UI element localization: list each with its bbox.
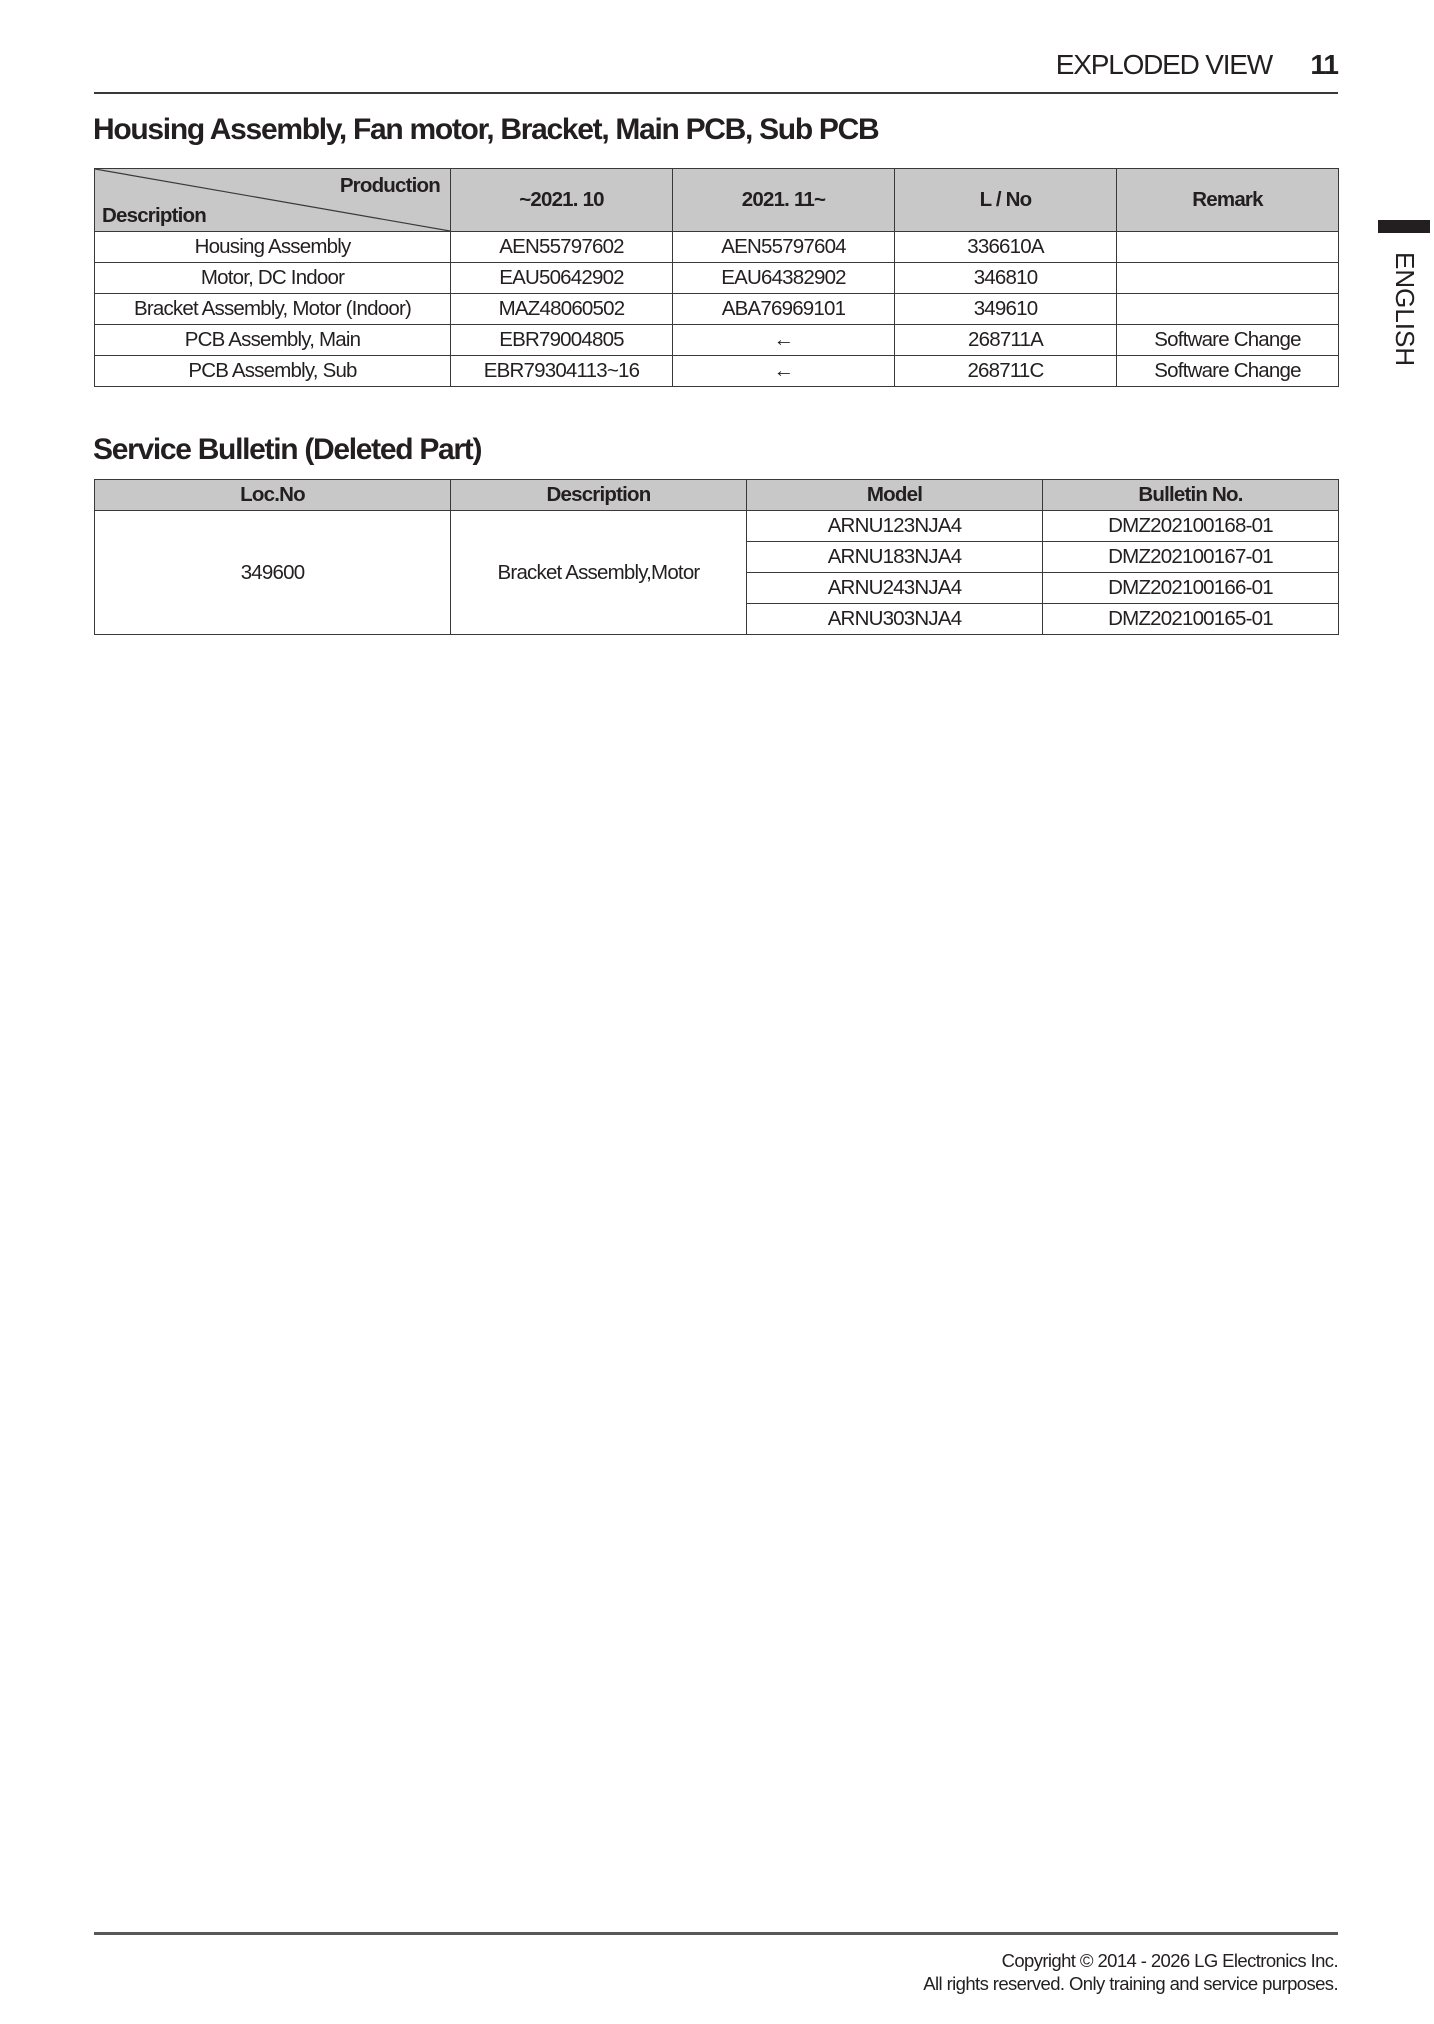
rights-text: All rights reserved. Only training and s… [923,1973,1338,1995]
description-cell: Motor, DC Indoor [95,263,451,294]
description-label: Description [102,204,206,228]
loc-no-cell: 349600 [95,511,451,635]
parts-table: Production Description ~2021. 10 2021. 1… [94,168,1339,387]
parts-table-header-row: Production Description ~2021. 10 2021. 1… [95,169,1339,232]
column-header-remark: Remark [1117,169,1339,232]
bulletin-no-cell: DMZ202100165-01 [1043,604,1339,635]
corner-header-cell: Production Description [95,169,451,232]
table-row: Motor, DC IndoorEAU50642902EAU6438290234… [95,263,1339,294]
part-after-cell: ← [673,325,895,356]
description-cell: Bracket Assembly,Motor [451,511,747,635]
page-number: 11 [1310,48,1338,82]
model-cell: ARNU123NJA4 [747,511,1043,542]
remark-cell [1117,263,1339,294]
footer-divider [94,1932,1338,1935]
lno-cell: 268711C [895,356,1117,387]
description-cell: PCB Assembly, Main [95,325,451,356]
production-label: Production [340,174,440,198]
column-header-before: ~2021. 10 [451,169,673,232]
remark-cell [1117,232,1339,263]
model-cell: ARNU303NJA4 [747,604,1043,635]
column-header-loc-no: Loc.No [95,480,451,511]
lno-cell: 336610A [895,232,1117,263]
table-row: Bracket Assembly, Motor (Indoor)MAZ48060… [95,294,1339,325]
remark-cell: Software Change [1117,356,1339,387]
column-header-after: 2021. 11~ [673,169,895,232]
section-header-title: EXPLODED VIEW [1056,48,1272,82]
model-cell: ARNU243NJA4 [747,573,1043,604]
bulletin-section-title: Service Bulletin (Deleted Part) [93,432,481,468]
language-tab-marker [1378,220,1430,233]
lno-cell: 349610 [895,294,1117,325]
part-after-cell: ← [673,356,895,387]
column-header-bulletin-no: Bulletin No. [1043,480,1339,511]
copyright-text: Copyright © 2014 - 2026 LG Electronics I… [1002,1950,1338,1972]
parts-section-title: Housing Assembly, Fan motor, Bracket, Ma… [93,112,878,148]
table-row: PCB Assembly, SubEBR79304113~16←268711CS… [95,356,1339,387]
part-after-cell: AEN55797604 [673,232,895,263]
column-header-description: Description [451,480,747,511]
description-cell: Bracket Assembly, Motor (Indoor) [95,294,451,325]
bulletin-table-header-row: Loc.No Description Model Bulletin No. [95,480,1339,511]
remark-cell [1117,294,1339,325]
part-before-cell: EBR79304113~16 [451,356,673,387]
header-divider [94,92,1338,94]
table-row: PCB Assembly, MainEBR79004805←268711ASof… [95,325,1339,356]
description-cell: Housing Assembly [95,232,451,263]
part-before-cell: AEN55797602 [451,232,673,263]
bulletin-no-cell: DMZ202100167-01 [1043,542,1339,573]
column-header-lno: L / No [895,169,1117,232]
part-before-cell: EAU50642902 [451,263,673,294]
lno-cell: 268711A [895,325,1117,356]
language-tab-label: ENGLISH [1390,252,1420,366]
part-before-cell: EBR79004805 [451,325,673,356]
bulletin-no-cell: DMZ202100166-01 [1043,573,1339,604]
part-after-cell: EAU64382902 [673,263,895,294]
bulletin-no-cell: DMZ202100168-01 [1043,511,1339,542]
bulletin-table: Loc.No Description Model Bulletin No. 34… [94,479,1339,635]
model-cell: ARNU183NJA4 [747,542,1043,573]
part-after-cell: ABA76969101 [673,294,895,325]
description-cell: PCB Assembly, Sub [95,356,451,387]
part-before-cell: MAZ48060502 [451,294,673,325]
lno-cell: 346810 [895,263,1117,294]
remark-cell: Software Change [1117,325,1339,356]
table-row: Housing AssemblyAEN55797602AEN5579760433… [95,232,1339,263]
table-row: 349600Bracket Assembly,MotorARNU123NJA4D… [95,511,1339,542]
column-header-model: Model [747,480,1043,511]
